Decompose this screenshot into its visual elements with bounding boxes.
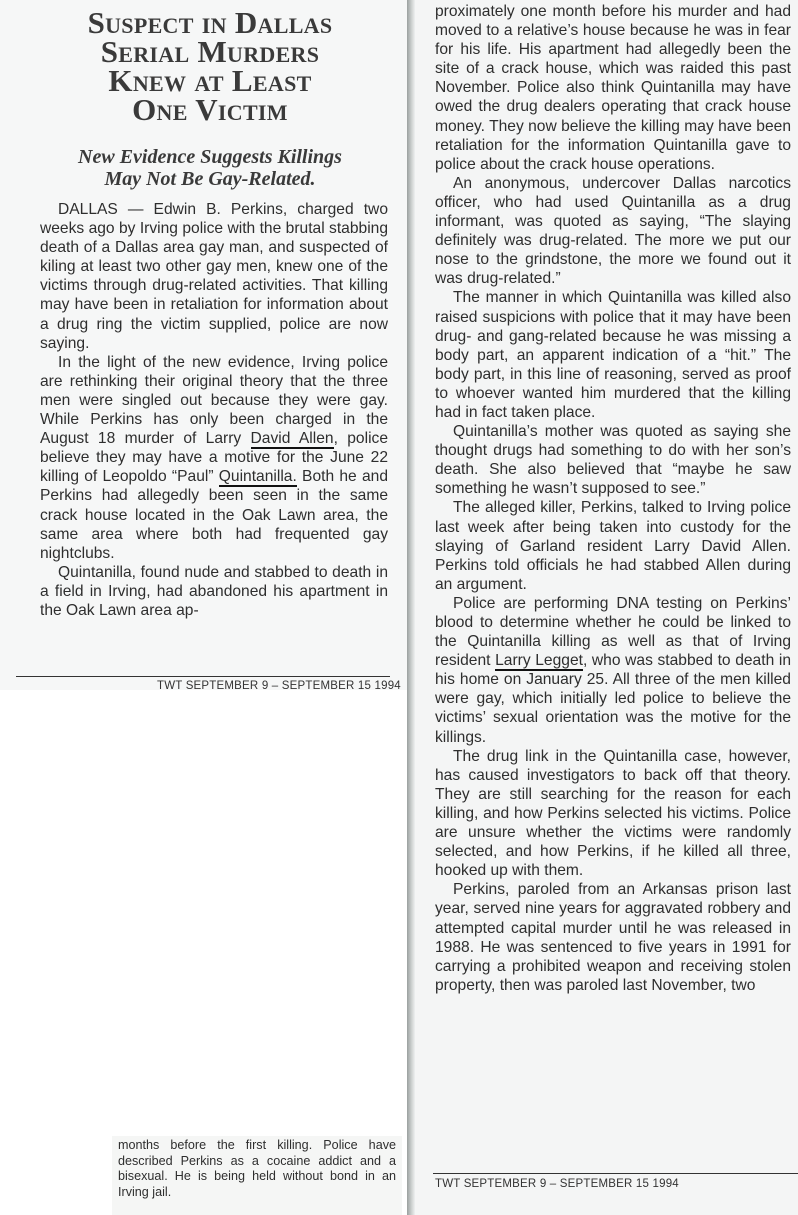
folio-date: TWT SEPTEMBER 9 – SEPTEMBER 15 1994 — [157, 680, 401, 692]
divider-rule — [433, 1173, 798, 1174]
left-column-body: DALLAS — Edwin B. Perkins, charged two w… — [40, 200, 388, 620]
divider-rule — [16, 676, 390, 677]
paragraph: Quintanilla’s mother was quoted as sayin… — [435, 422, 791, 498]
right-clipping: proximately one month before his murder … — [407, 0, 798, 1215]
continuation-text: months before the first killing. Police … — [118, 1138, 396, 1200]
headline-line: Knew at Least — [30, 66, 390, 95]
underlined-name-david-allen: David Allen — [251, 430, 334, 449]
underlined-name-quintanilla: Quintanilla. — [219, 468, 297, 487]
subheadline-line: May Not Be Gay-Related. — [30, 168, 390, 190]
paragraph: DALLAS — Edwin B. Perkins, charged two w… — [40, 200, 388, 353]
paragraph: proximately one month before his murder … — [435, 2, 791, 174]
headline: Suspect in Dallas Serial Murders Knew at… — [30, 8, 390, 124]
paragraph: Police are performing DNA testing on Per… — [435, 594, 791, 747]
paragraph: In the light of the new evidence, Irving… — [40, 353, 388, 563]
folio-date: TWT SEPTEMBER 9 – SEPTEMBER 15 1994 — [435, 1178, 679, 1190]
left-clipping: Suspect in Dallas Serial Murders Knew at… — [0, 0, 407, 690]
paragraph: Quintanilla, found nude and stabbed to d… — [40, 563, 388, 620]
subheadline: New Evidence Suggests Killings May Not B… — [30, 146, 390, 190]
page-edge-shadow — [407, 0, 415, 1215]
continuation-clipping: months before the first killing. Police … — [112, 1136, 402, 1215]
paragraph: The alleged killer, Perkins, talked to I… — [435, 498, 791, 593]
subheadline-line: New Evidence Suggests Killings — [30, 146, 390, 168]
headline-line: Suspect in Dallas — [30, 8, 390, 37]
paragraph: An anonymous, undercover Dallas narcotic… — [435, 174, 791, 289]
paragraph: The drug link in the Quintanilla case, h… — [435, 747, 791, 881]
headline-line: Serial Murders — [30, 37, 390, 66]
right-column-body: proximately one month before his murder … — [435, 2, 791, 995]
paragraph: The manner in which Quintanilla was kill… — [435, 288, 791, 422]
headline-line: One Victim — [30, 95, 390, 124]
underlined-name-larry-legget: Larry Legget — [495, 652, 583, 671]
paragraph: months before the first killing. Police … — [118, 1138, 396, 1200]
paragraph: Perkins, paroled from an Arkansas prison… — [435, 880, 791, 995]
